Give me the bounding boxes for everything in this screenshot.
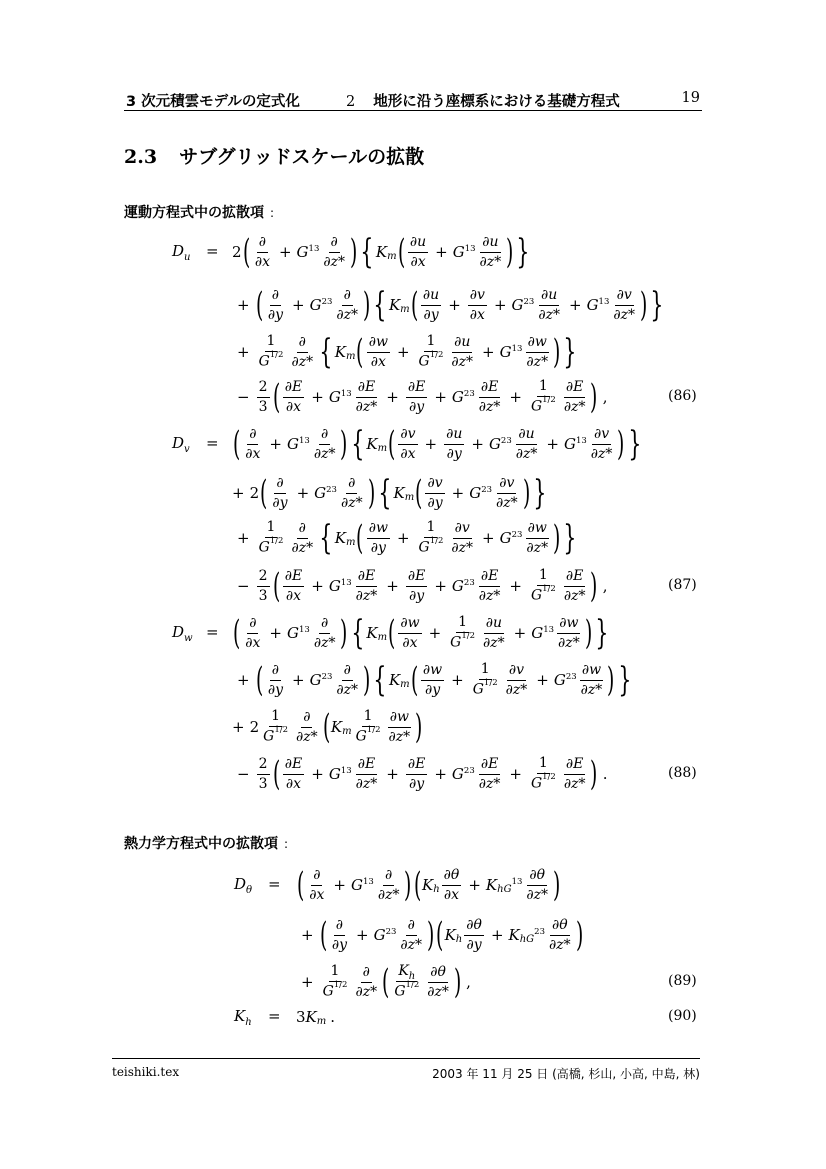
- equation-line: 3Km.: [296, 992, 335, 1042]
- left-paren: (: [356, 335, 363, 369]
- fraction: 23: [257, 569, 270, 603]
- label-text: 運動方程式中の拡散項: [124, 205, 264, 221]
- fraction: ∂w∂y: [421, 663, 444, 697]
- fraction: ∂E∂x: [283, 380, 304, 414]
- running-header: 3 次元積雲モデルの定式化 2地形に沿う座標系における基礎方程式 19: [124, 88, 702, 111]
- fraction: ∂∂z*: [289, 521, 315, 555]
- equation-line: 2(∂∂x+G13∂∂z*){Km(∂u∂x+G13∂u∂z*)}: [232, 227, 532, 277]
- left-paren: (: [415, 476, 422, 510]
- right-paren: ): [590, 569, 597, 603]
- fraction: ∂θ∂z*: [425, 965, 451, 999]
- right-brace: }: [533, 476, 546, 510]
- page-footer: teishiki.tex 2003 年 11 月 25 日 (高橋, 杉山, 小…: [112, 1058, 700, 1059]
- fraction: ∂u∂z*: [514, 427, 540, 461]
- equals-sign: =: [206, 434, 219, 452]
- page-number: 19: [682, 90, 700, 106]
- fraction: ∂v∂z*: [611, 288, 637, 322]
- fraction: ∂E∂z*: [477, 380, 503, 414]
- right-brace: }: [618, 663, 631, 697]
- right-brace: }: [628, 427, 641, 461]
- fraction: 1G1/2: [417, 520, 446, 555]
- left-paren: (: [398, 235, 405, 269]
- fraction: ∂∂x: [307, 868, 326, 902]
- momentum-diffusion-label: 運動方程式中の拡散項:: [124, 202, 274, 222]
- left-brace: {: [374, 663, 387, 697]
- right-paren: ): [368, 476, 375, 510]
- fraction: ∂u∂y: [444, 427, 464, 461]
- left-brace: {: [351, 427, 364, 461]
- fraction: 1G1/2: [529, 756, 558, 791]
- fraction: ∂∂z*: [376, 868, 402, 902]
- label-text: 熱力学方程式中の拡散項: [124, 836, 278, 852]
- footer-filename: teishiki.tex: [112, 1065, 179, 1079]
- fraction: ∂∂x: [243, 616, 262, 650]
- equation-number: (88): [668, 765, 697, 781]
- fraction: ∂u∂z*: [478, 235, 504, 269]
- fraction: ∂∂z*: [334, 288, 360, 322]
- right-paren: ): [576, 918, 583, 952]
- right-paren: ): [590, 757, 597, 791]
- right-paren: ): [340, 616, 347, 650]
- left-paren: (: [323, 710, 330, 744]
- fraction: ∂E∂x: [283, 569, 304, 603]
- fraction: 1G1/2: [257, 520, 286, 555]
- fraction: ∂∂z*: [334, 663, 360, 697]
- fraction: ∂w∂z*: [556, 616, 582, 650]
- left-paren: (: [388, 616, 395, 650]
- fraction: ∂E∂y: [406, 569, 427, 603]
- left-paren: (: [414, 868, 421, 902]
- equation-lhs: Du: [172, 242, 190, 263]
- fraction: ∂v∂z*: [494, 476, 520, 510]
- fraction: 23: [257, 757, 270, 791]
- header-section-title: 地形に沿う座標系における基礎方程式: [373, 94, 620, 110]
- equation-lhs: Dw: [172, 623, 193, 644]
- fraction: ∂∂y: [270, 476, 289, 510]
- fraction: ∂∂z*: [339, 476, 365, 510]
- fraction: ∂θ∂x: [442, 868, 462, 902]
- left-brace: {: [351, 616, 364, 650]
- left-paren: (: [388, 427, 395, 461]
- right-brace: }: [517, 235, 530, 269]
- fraction: 1G1/2: [257, 334, 286, 369]
- fraction: ∂∂x: [253, 235, 272, 269]
- fraction: ∂θ∂y: [464, 918, 484, 952]
- section-title: サブグリッドスケールの拡散: [179, 146, 424, 168]
- left-brace: {: [319, 335, 332, 369]
- fraction: ∂∂z*: [312, 427, 338, 461]
- left-paren: (: [272, 757, 279, 791]
- right-paren: ): [427, 918, 434, 952]
- right-paren: ): [640, 288, 647, 322]
- right-paren: ): [506, 235, 513, 269]
- equation-line: (∂∂x+G13∂∂z*){Km(∂v∂x+∂u∂y+G23∂u∂z*+G13∂…: [232, 419, 643, 469]
- fraction: ∂E∂z*: [477, 757, 503, 791]
- fraction: 1G1/2: [448, 615, 477, 650]
- left-paren: (: [382, 965, 389, 999]
- equation-line: +(∂∂y+G23∂∂z*){Km(∂u∂y+∂v∂x+G23∂u∂z*+G13…: [232, 280, 666, 330]
- label-colon: :: [284, 837, 288, 851]
- left-paren: (: [256, 288, 263, 322]
- right-paren: ): [523, 476, 530, 510]
- fraction: ∂θ∂z*: [547, 918, 573, 952]
- fraction: ∂E∂z*: [354, 380, 380, 414]
- fraction: ∂w∂x: [398, 616, 421, 650]
- equals-sign: =: [206, 242, 219, 260]
- fraction: 1G1/2: [529, 379, 558, 414]
- fraction: ∂∂z*: [353, 965, 379, 999]
- equation-line: (∂∂x+G13∂∂z*){Km(∂w∂x+1G1/2∂u∂z*+G13∂w∂z…: [232, 608, 611, 658]
- equation-lhs: Kh: [234, 1007, 252, 1028]
- left-paren: (: [233, 616, 240, 650]
- equation-line: −23(∂E∂x+G13∂E∂z*+∂E∂y+G23∂E∂z*+1G1/2∂E∂…: [232, 749, 608, 799]
- right-brace: }: [564, 335, 577, 369]
- header-chapter: 3 次元積雲モデルの定式化: [126, 90, 300, 111]
- fraction: ∂w∂z*: [386, 710, 412, 744]
- fraction: ∂v∂x: [398, 427, 417, 461]
- fraction: ∂∂z*: [289, 335, 315, 369]
- fraction: 1G1/2: [354, 709, 383, 744]
- equation-line: +1G1/2∂∂z*{Km(∂w∂y+1G1/2∂v∂z*+G23∂w∂z*)}: [232, 513, 579, 563]
- fraction: ∂u∂x: [408, 235, 428, 269]
- left-brace: {: [361, 235, 374, 269]
- equals-sign: =: [206, 623, 219, 641]
- fraction: ∂w∂z*: [524, 335, 550, 369]
- right-paren: ): [454, 965, 461, 999]
- left-brace: {: [374, 288, 387, 322]
- left-paren: (: [320, 918, 327, 952]
- equals-sign: =: [268, 1007, 281, 1025]
- fraction: ∂u∂z*: [449, 335, 475, 369]
- equation-line: +21G1/2∂∂z*(Km1G1/2∂w∂z*): [232, 702, 423, 752]
- right-paren: ): [553, 335, 560, 369]
- left-paren: (: [272, 380, 279, 414]
- fraction: ∂E∂y: [406, 757, 427, 791]
- fraction: ∂w∂x: [367, 335, 390, 369]
- header-section: 2地形に沿う座標系における基礎方程式: [346, 90, 620, 111]
- left-paren: (: [297, 868, 304, 902]
- footer-date-authors: 2003 年 11 月 25 日 (高橋, 杉山, 小高, 中島, 林): [432, 1065, 700, 1082]
- right-paren: ): [415, 710, 422, 744]
- section-heading: 2.3サブグリッドスケールの拡散: [124, 142, 424, 169]
- right-paren: ): [363, 288, 370, 322]
- equation-line: −23(∂E∂x+G13∂E∂z*+∂E∂y+G23∂E∂z*+1G1/2∂E∂…: [232, 561, 608, 611]
- fraction: ∂E∂x: [283, 757, 304, 791]
- fraction: ∂E∂z*: [354, 757, 380, 791]
- left-paren: (: [411, 288, 418, 322]
- right-paren: ): [553, 868, 560, 902]
- fraction: ∂E∂z*: [477, 569, 503, 603]
- right-paren: ): [617, 427, 624, 461]
- header-section-number: 2: [346, 94, 355, 110]
- fraction: ∂v∂z*: [589, 427, 615, 461]
- fraction: ∂E∂z*: [354, 569, 380, 603]
- fraction: 1G1/2: [417, 334, 446, 369]
- fraction: ∂∂y: [330, 918, 349, 952]
- fraction: ∂v∂x: [468, 288, 487, 322]
- equation-number: (90): [668, 1008, 697, 1024]
- left-paren: (: [411, 663, 418, 697]
- thermo-diffusion-label: 熱力学方程式中の拡散項:: [124, 833, 288, 853]
- left-paren: (: [256, 663, 263, 697]
- left-paren: (: [356, 521, 363, 555]
- fraction: ∂∂z*: [312, 616, 338, 650]
- document-page: 3 次元積雲モデルの定式化 2地形に沿う座標系における基礎方程式 19 2.3サ…: [0, 0, 826, 1169]
- fraction: 1G1/2: [529, 568, 558, 603]
- right-paren: ): [607, 663, 614, 697]
- equals-sign: =: [268, 875, 281, 893]
- fraction: ∂∂y: [266, 288, 285, 322]
- fraction: KhG1/2: [392, 964, 421, 999]
- right-brace: }: [595, 616, 608, 650]
- left-paren: (: [233, 427, 240, 461]
- fraction: ∂v∂z*: [449, 521, 475, 555]
- label-colon: :: [270, 206, 274, 220]
- fraction: ∂E∂z*: [562, 380, 588, 414]
- equation-line: +2(∂∂y+G23∂∂z*){Km(∂v∂y+G23∂v∂z*)}: [232, 468, 549, 518]
- left-paren: (: [436, 918, 443, 952]
- fraction: 1G1/2: [471, 662, 500, 697]
- fraction: 23: [257, 380, 270, 414]
- fraction: ∂w∂y: [367, 521, 390, 555]
- equation-line: (∂∂x+G13∂∂z*)(Kh∂θ∂x+KhG13∂θ∂z*): [296, 860, 561, 910]
- fraction: ∂∂z*: [294, 710, 320, 744]
- fraction: ∂∂z*: [398, 918, 424, 952]
- equation-line: +1G1/2∂∂z*{Km(∂w∂x+1G1/2∂u∂z*+G13∂w∂z*)}: [232, 327, 579, 377]
- equation-lhs: Dv: [172, 434, 190, 455]
- equation-lhs: Dθ: [234, 875, 252, 896]
- right-paren: ): [590, 380, 597, 414]
- fraction: ∂u∂z*: [536, 288, 562, 322]
- fraction: ∂w∂z*: [524, 521, 550, 555]
- fraction: ∂∂z*: [321, 235, 347, 269]
- left-paren: (: [243, 235, 250, 269]
- equation-line: +(∂∂y+G23∂∂z*)(Kh∂θ∂y+KhG23∂θ∂z*): [296, 910, 584, 960]
- right-paren: ): [340, 427, 347, 461]
- fraction: ∂u∂y: [421, 288, 441, 322]
- fraction: ∂E∂z*: [562, 569, 588, 603]
- fraction: ∂w∂z*: [579, 663, 605, 697]
- right-paren: ): [404, 868, 411, 902]
- equation-line: −23(∂E∂x+G13∂E∂z*+∂E∂y+G23∂E∂z*+1G1/2∂E∂…: [232, 372, 608, 422]
- right-paren: ): [350, 235, 357, 269]
- section-number: 2.3: [124, 146, 157, 168]
- equation-number: (87): [668, 577, 697, 593]
- left-paren: (: [260, 476, 267, 510]
- right-brace: }: [564, 521, 577, 555]
- fraction: ∂E∂y: [406, 380, 427, 414]
- right-paren: ): [553, 521, 560, 555]
- right-brace: }: [651, 288, 664, 322]
- fraction: ∂u∂z*: [481, 616, 507, 650]
- equation-number: (86): [668, 388, 697, 404]
- equation-number: (89): [668, 973, 697, 989]
- fraction: ∂v∂z*: [504, 663, 530, 697]
- fraction: ∂E∂z*: [562, 757, 588, 791]
- fraction: 1G1/2: [261, 709, 290, 744]
- left-brace: {: [378, 476, 391, 510]
- fraction: ∂∂y: [266, 663, 285, 697]
- right-paren: ): [585, 616, 592, 650]
- fraction: ∂θ∂z*: [524, 868, 550, 902]
- equation-line: +(∂∂y+G23∂∂z*){Km(∂w∂y+1G1/2∂v∂z*+G23∂w∂…: [232, 655, 633, 705]
- left-brace: {: [319, 521, 332, 555]
- left-paren: (: [272, 569, 279, 603]
- fraction: ∂∂x: [243, 427, 262, 461]
- fraction: ∂v∂y: [425, 476, 444, 510]
- right-paren: ): [363, 663, 370, 697]
